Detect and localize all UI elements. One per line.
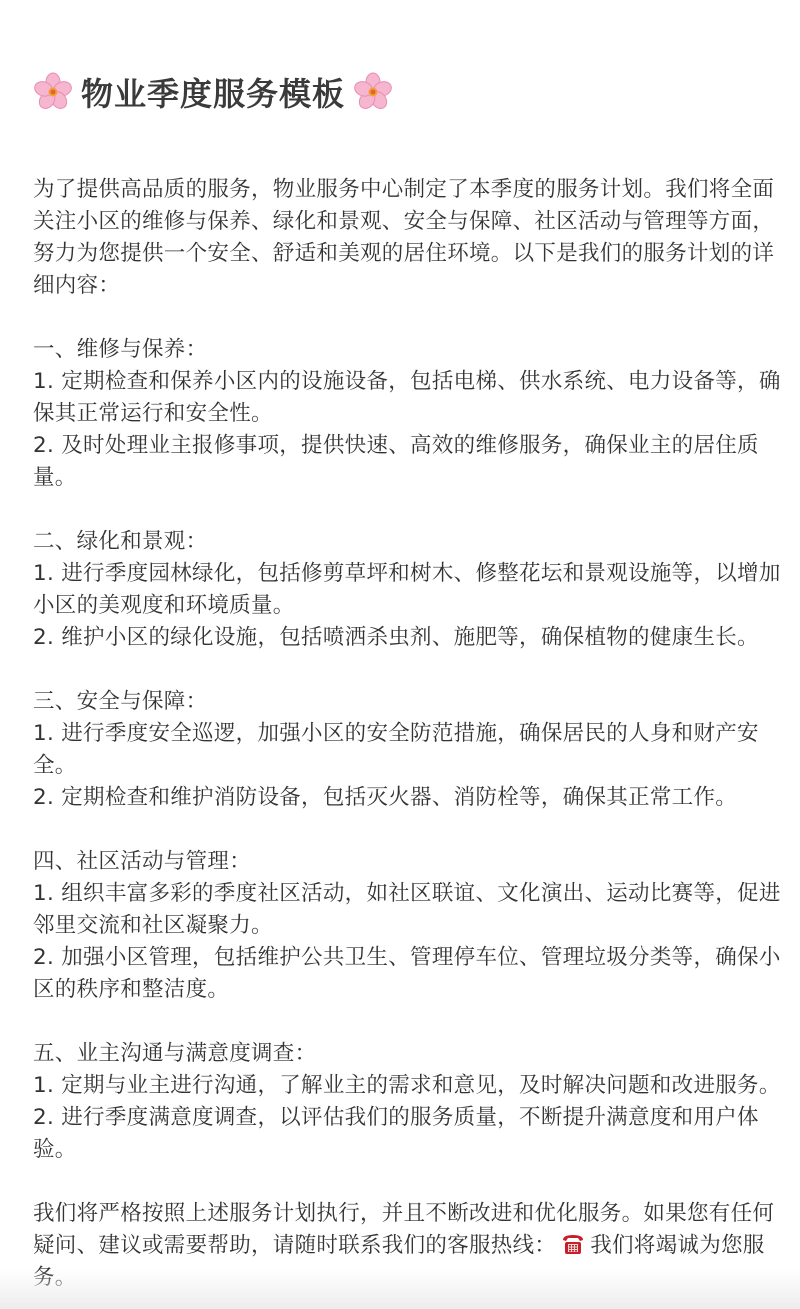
bottom-fade: [0, 1269, 800, 1309]
section-maintenance: 一、维修与保养： 1. 定期检查和保养小区内的设施设备，包括电梯、供水系统、电力…: [33, 334, 782, 494]
cherry-blossom-icon: [33, 72, 73, 112]
cherry-blossom-icon: [353, 72, 393, 112]
page-title: 物业季度服务模板: [33, 0, 782, 116]
list-item: 2. 维护小区的绿化设施，包括喷洒杀虫剂、施肥等，确保植物的健康生长。: [33, 622, 782, 654]
intro-paragraph: 为了提供高品质的服务，物业服务中心制定了本季度的服务计划。我们将全面关注小区的维…: [33, 174, 782, 302]
section-heading: 三、安全与保障：: [33, 686, 782, 718]
title-text: 物业季度服务模板: [81, 69, 345, 115]
section-security: 三、安全与保障： 1. 进行季度安全巡逻，加强小区的安全防范措施，确保居民的人身…: [33, 686, 782, 814]
list-item: 2. 定期检查和维护消防设备，包括灭火器、消防栓等，确保其正常工作。: [33, 782, 782, 814]
section-heading: 五、业主沟通与满意度调查：: [33, 1038, 782, 1070]
section-heading: 四、社区活动与管理：: [33, 846, 782, 878]
document: 物业季度服务模板 为了提供高品质的服务，物业服务中心制定了本季度的服务计划。我们…: [0, 0, 800, 1294]
list-item: 2. 进行季度满意度调查，以评估我们的服务质量，不断提升满意度和用户体验。: [33, 1102, 782, 1166]
section-communication: 五、业主沟通与满意度调查： 1. 定期与业主进行沟通，了解业主的需求和意见，及时…: [33, 1038, 782, 1166]
section-community: 四、社区活动与管理： 1. 组织丰富多彩的季度社区活动，如社区联谊、文化演出、运…: [33, 846, 782, 1006]
list-item: 1. 组织丰富多彩的季度社区活动，如社区联谊、文化演出、运动比赛等，促进邻里交流…: [33, 878, 782, 942]
section-heading: 一、维修与保养：: [33, 334, 782, 366]
list-item: 1. 定期与业主进行沟通，了解业主的需求和意见，及时解决问题和改进服务。: [33, 1070, 782, 1102]
list-item: 2. 加强小区管理，包括维护公共卫生、管理停车位、管理垃圾分类等，确保小区的秩序…: [33, 942, 782, 1006]
section-heading: 二、绿化和景观：: [33, 526, 782, 558]
list-item: 1. 进行季度园林绿化，包括修剪草坪和树木、修整花坛和景观设施等，以增加小区的美…: [33, 558, 782, 622]
list-item: 1. 进行季度安全巡逻，加强小区的安全防范措施，确保居民的人身和财产安全。: [33, 718, 782, 782]
list-item: 1. 定期检查和保养小区内的设施设备，包括电梯、供水系统、电力设备等，确保其正常…: [33, 366, 782, 430]
section-greening: 二、绿化和景观： 1. 进行季度园林绿化，包括修剪草坪和树木、修整花坛和景观设施…: [33, 526, 782, 654]
telephone-icon: [560, 1231, 586, 1257]
list-item: 2. 及时处理业主报修事项，提供快速、高效的维修服务，确保业主的居住质量。: [33, 430, 782, 494]
